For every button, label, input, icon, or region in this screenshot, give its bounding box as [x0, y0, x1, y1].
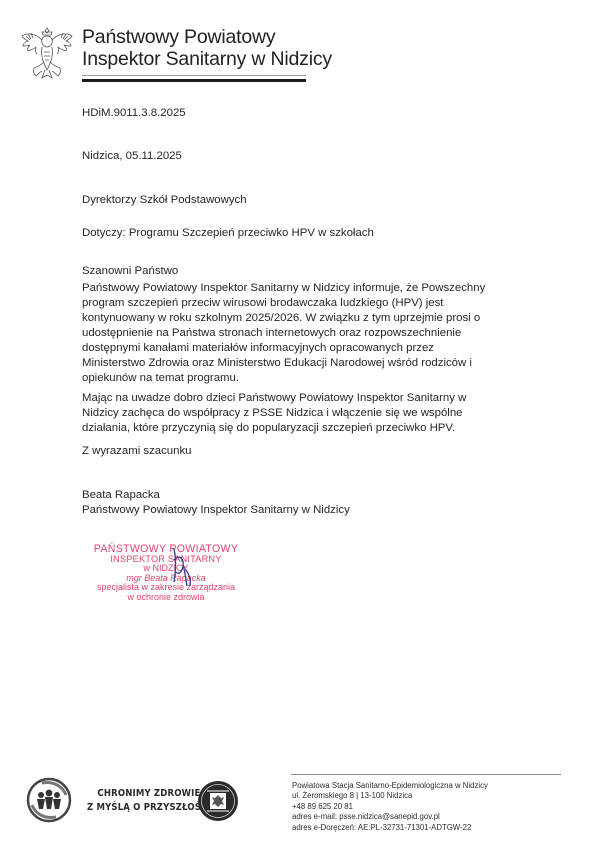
- footer-divider: [291, 774, 561, 775]
- recipient: Dyrektorzy Szkół Podstawowych: [82, 193, 247, 208]
- handwritten-signature: [166, 540, 196, 600]
- footer-email: adres e-mail: psse.nidzica@sanepid.gov.p…: [292, 812, 488, 822]
- people-circle-logo-icon: [26, 777, 72, 823]
- institution-title-line2: Inspektor Sanitarny w Nidzicy: [82, 48, 332, 70]
- body-paragraph-1: Państwowy Powiatowy Inspektor Sanitarny …: [82, 281, 522, 386]
- footer-edelivery: adres e-Doręczeń: AE:PL-32731-71301-ADTG…: [292, 823, 488, 833]
- paragraph-line: kontynuowany w roku szkolnym 2025/2026. …: [82, 311, 522, 326]
- footer-slogan: CHRONIMY ZDROWIE Z MYŚLĄ O PRZYSZŁOŚCI: [87, 787, 211, 815]
- salutation: Szanowni Państwo: [82, 264, 178, 279]
- paragraph-line: opiekunów na temat programu.: [82, 371, 522, 386]
- place-and-date: Nidzica, 05.11.2025: [82, 149, 182, 164]
- slogan-line1: CHRONIMY ZDROWIE: [87, 787, 211, 801]
- paragraph-line: Nidzicy zachęca do współpracy z PSSE Nid…: [82, 406, 522, 421]
- body-paragraph-2: Mając na uwadze dobro dzieci Państwowy P…: [82, 391, 522, 436]
- header-divider-thick: [82, 79, 306, 82]
- footer-institution: Powiatowa Stacja Sanitarno-Epidemiologic…: [292, 781, 488, 791]
- footer-street: ul. Żeromskiego 8 | 13-100 Nidzica: [292, 791, 488, 801]
- signer-title: Państwowy Powiatowy Inspektor Sanitarny …: [82, 503, 350, 518]
- paragraph-line: działania, które przyczynią się do popul…: [82, 421, 522, 436]
- paragraph-line: dostępnymi kanałami materiałów informacy…: [82, 341, 522, 356]
- subject-line: Dotyczy: Programu Szczepień przeciwko HP…: [82, 226, 374, 241]
- paragraph-line: udostępnienie na Państwa stronach intern…: [82, 326, 522, 341]
- paragraph-line: Państwowy Powiatowy Inspektor Sanitarny …: [82, 281, 522, 296]
- reference-number: HDiM.9011.3.8.2025: [82, 106, 186, 121]
- closing: Z wyrazami szacunku: [82, 444, 192, 459]
- paragraph-line: Mając na uwadze dobro dzieci Państwowy P…: [82, 391, 522, 406]
- footer-contact-block: Powiatowa Stacja Sanitarno-Epidemiologic…: [292, 781, 488, 833]
- sanitary-inspection-badge-icon: [197, 780, 239, 822]
- polish-eagle-emblem-icon: [18, 22, 76, 84]
- signer-name: Beata Rapacka: [82, 488, 160, 503]
- paragraph-line: program szczepień przeciw wirusowi broda…: [82, 296, 522, 311]
- institution-title-line1: Państwowy Powiatowy: [82, 26, 332, 48]
- header-divider-thin: [82, 75, 306, 76]
- footer-phone: +48 89 625 20 81: [292, 802, 488, 812]
- paragraph-line: Ministerstwo Zdrowia oraz Ministerstwo E…: [82, 356, 522, 371]
- institution-title: Państwowy Powiatowy Inspektor Sanitarny …: [82, 26, 332, 70]
- slogan-line2: Z MYŚLĄ O PRZYSZŁOŚCI: [87, 801, 211, 815]
